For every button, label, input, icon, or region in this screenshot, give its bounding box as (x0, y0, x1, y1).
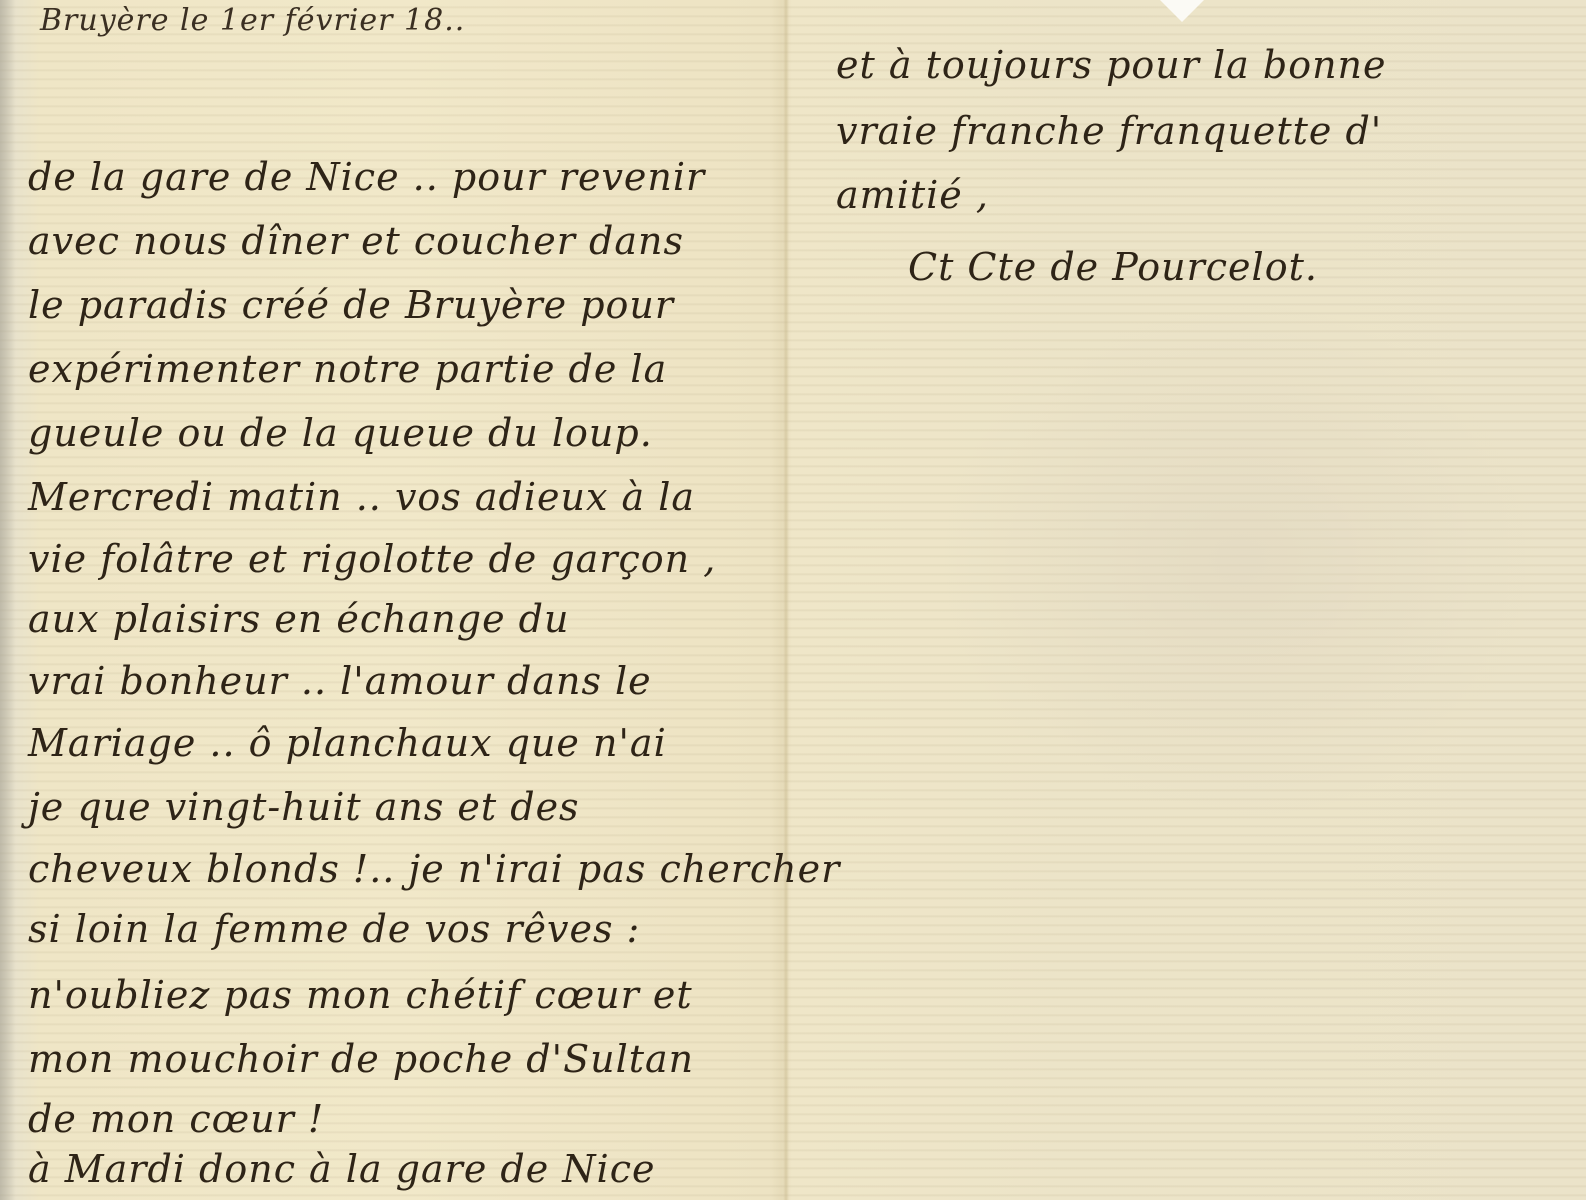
paper-stain (940, 300, 1540, 820)
letter-line: Mercredi matin .. vos adieux à la (28, 478, 695, 516)
letter-line: n'oubliez pas mon chétif cœur et (28, 976, 693, 1014)
letter-line: amitié , (836, 176, 989, 214)
letter-sheet: Bruyère le 1er février 18.. de la gare d… (0, 0, 1586, 1200)
letter-line: vraie franche franquette d' (836, 112, 1382, 150)
letter-line: à Mardi donc à la gare de Nice (28, 1150, 655, 1188)
letter-line: Mariage .. ô planchaux que n'ai (28, 724, 667, 762)
letter-header-date: Bruyère le 1er février 18.. (40, 6, 465, 36)
scan-edge-shadow (0, 0, 16, 1200)
letter-line: vie folâtre et rigolotte de garçon , (28, 540, 716, 578)
letter-line: le paradis créé de Bruyère pour (28, 286, 674, 324)
letter-signature: Ct Cte de Pourcelot. (908, 248, 1318, 286)
letter-line: et à toujours pour la bonne (836, 46, 1387, 84)
letter-line: si loin la femme de vos rêves : (28, 910, 640, 948)
letter-line: cheveux blonds !.. je n'irai pas cherche… (28, 850, 840, 888)
letter-line: aux plaisirs en échange du (28, 600, 569, 638)
letter-line: je que vingt-huit ans et des (28, 788, 580, 826)
letter-line: de mon cœur ! (28, 1100, 324, 1138)
page-fold (783, 0, 789, 1200)
letter-line: de la gare de Nice .. pour revenir (28, 158, 705, 196)
letter-line: expérimenter notre partie de la (28, 350, 667, 388)
paper-notch (1160, 0, 1204, 22)
letter-line: gueule ou de la queue du loup. (28, 414, 653, 452)
letter-line: mon mouchoir de poche d'Sultan (28, 1040, 694, 1078)
letter-line: avec nous dîner et coucher dans (28, 222, 684, 260)
letter-line: vrai bonheur .. l'amour dans le (28, 662, 652, 700)
